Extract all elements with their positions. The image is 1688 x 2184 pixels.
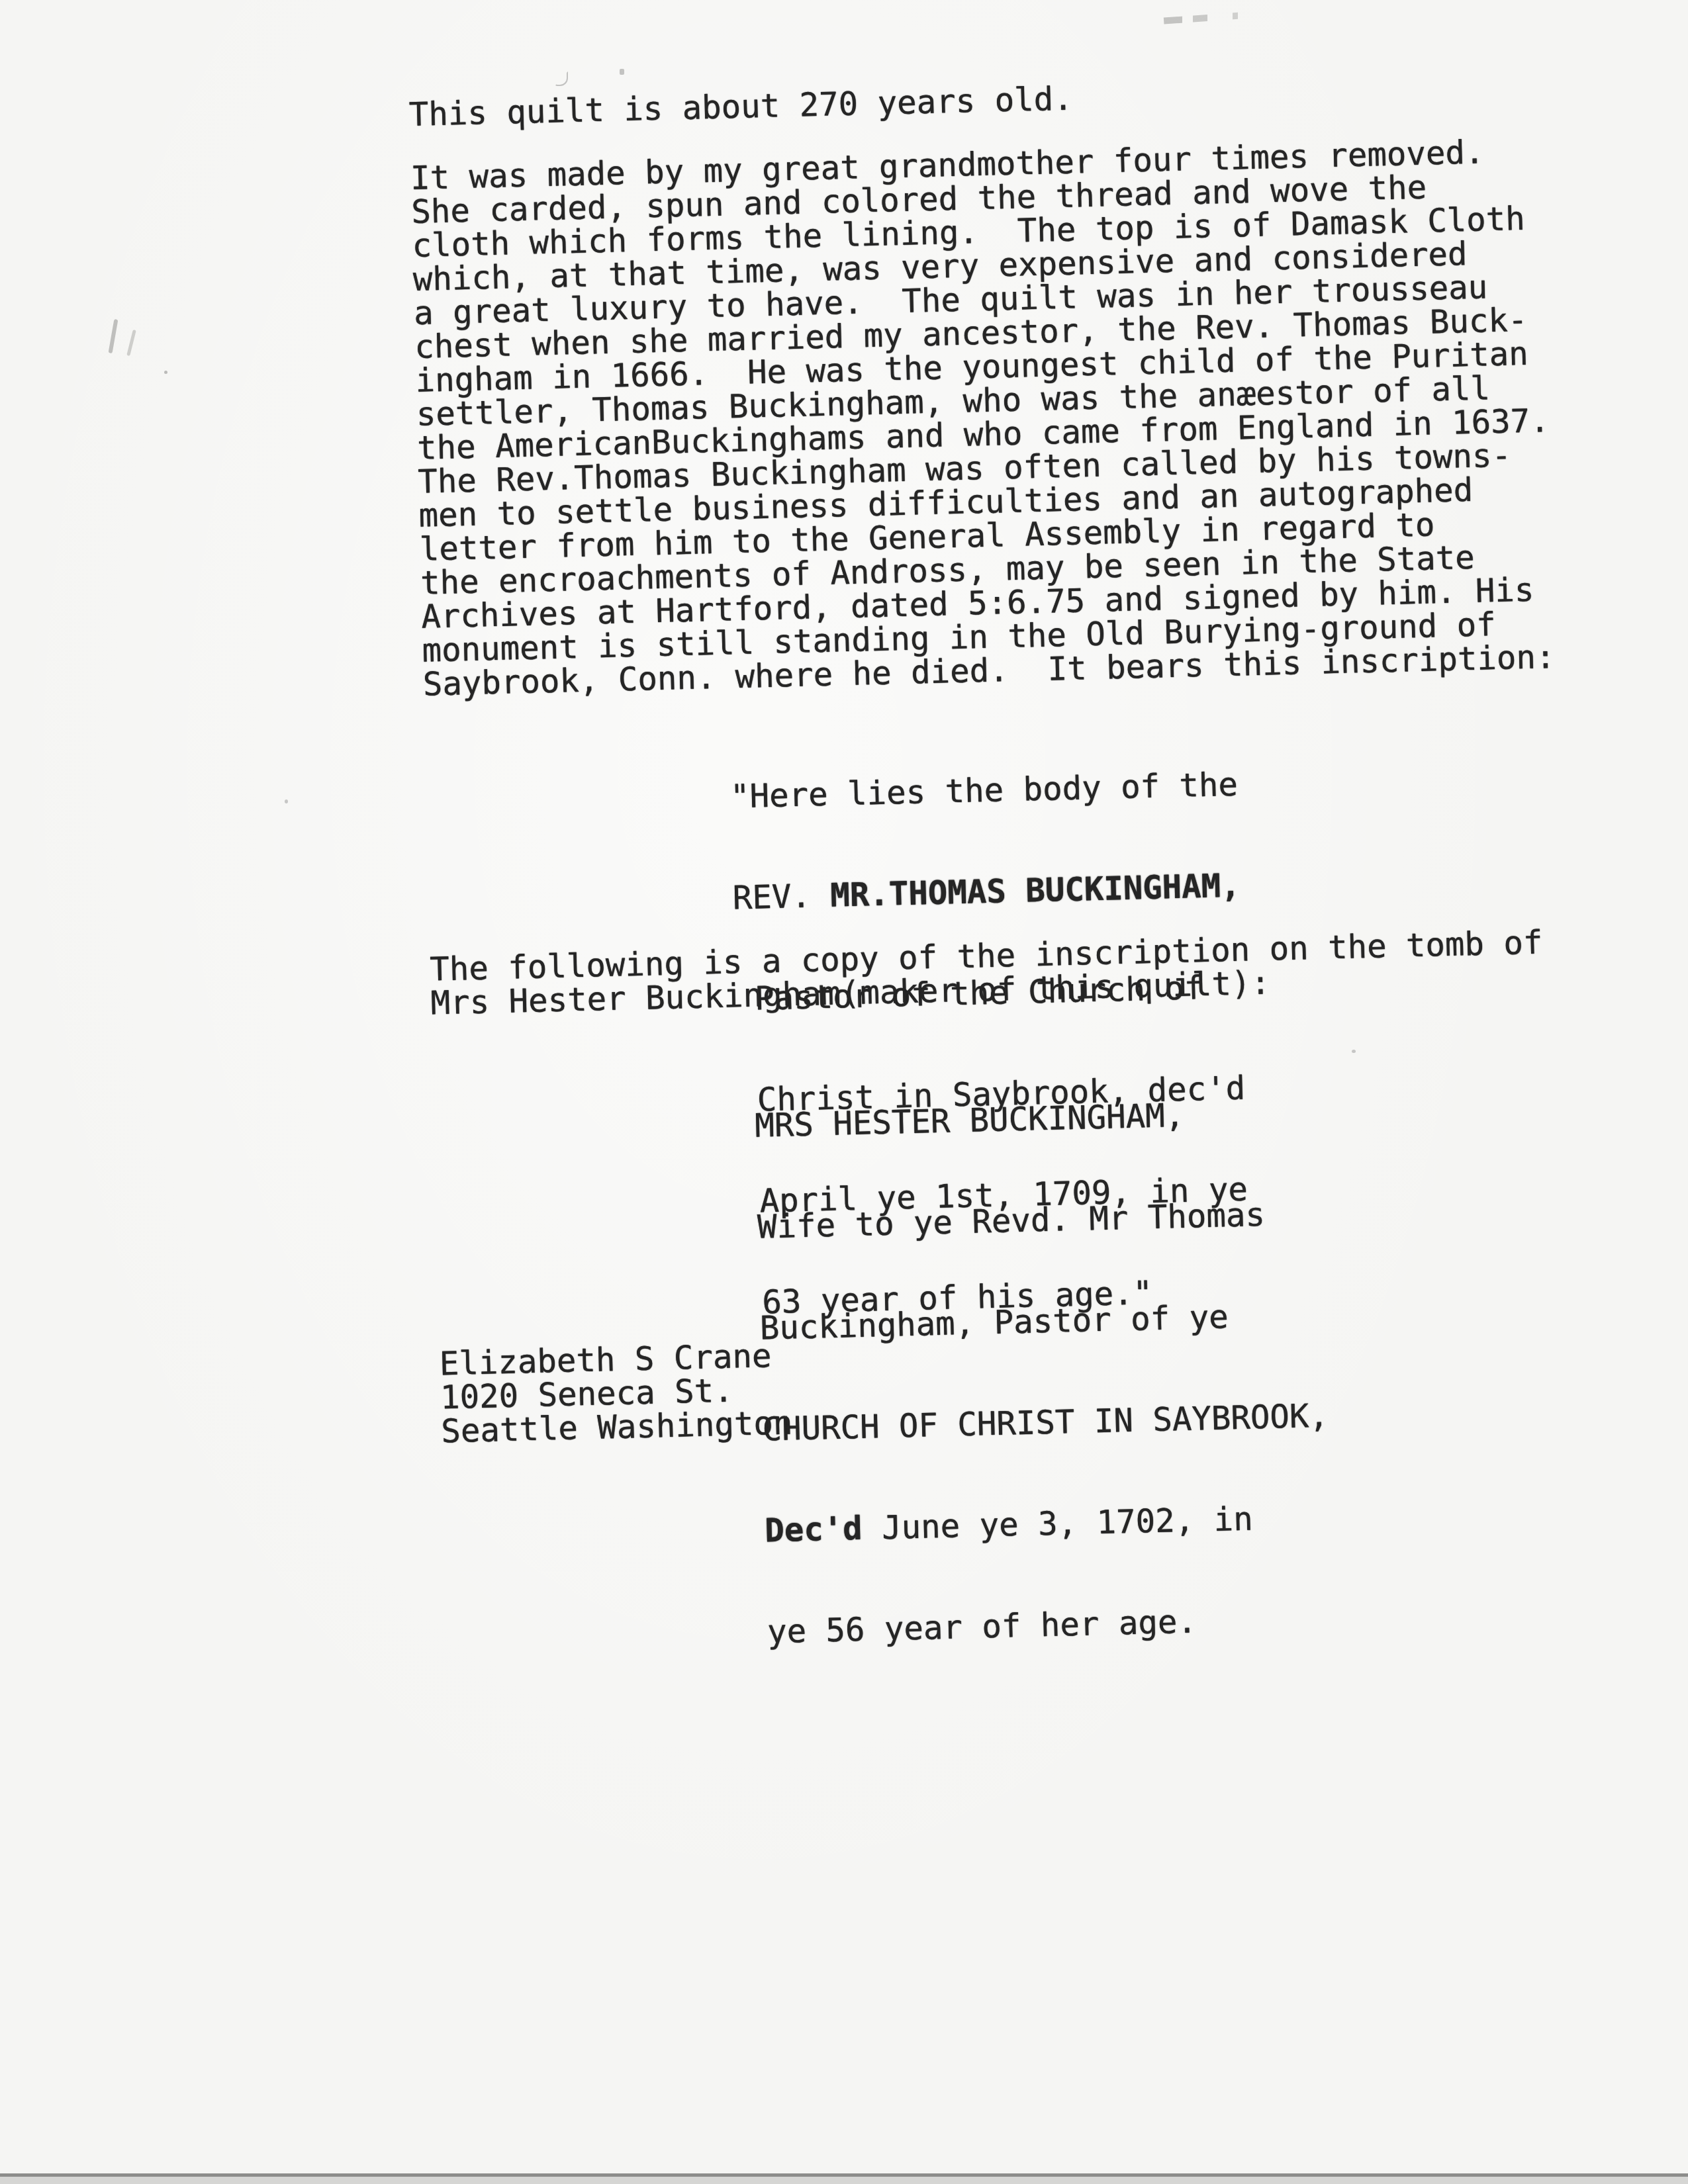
ink-speck	[555, 71, 568, 86]
scanned-letter-page: This quilt is about 270 years old. It wa…	[0, 0, 1688, 2184]
inscription-line: Wife to ye Revd. Mr Thomas	[757, 1197, 1324, 1244]
signature-block: Elizabeth S Crane 1020 Seneca St. Seattl…	[439, 1338, 793, 1448]
inscription-line: "Here lies the body of the	[730, 768, 1239, 814]
inscription-line-segment-bold: MR.THOMAS BUCKINGHAM,	[830, 867, 1241, 915]
transition-paragraph: The following is a copy of the inscripti…	[430, 926, 1544, 1021]
ink-speck	[164, 371, 167, 374]
pencil-mark	[126, 330, 136, 356]
typed-text-area: This quilt is about 270 years old. It wa…	[408, 64, 1634, 1482]
inscription-line-segment-bold: Dec'd	[765, 1510, 863, 1550]
ink-speck	[285, 799, 288, 803]
inscription-line: MRS HESTER BUCKINGHAM,	[755, 1095, 1322, 1143]
scanner-edge-band	[0, 2177, 1688, 2184]
hester-tomb-inscription: MRS HESTER BUCKINGHAM, Wife to ye Revd. …	[753, 1028, 1335, 1717]
inscription-line: ye 56 year of her age.	[767, 1602, 1334, 1649]
inscription-line: Dec'd June ye 3, 1702, in	[765, 1500, 1332, 1548]
opening-line: This quilt is about 270 years old.	[408, 81, 1073, 131]
pencil-mark	[109, 319, 118, 353]
ink-speck	[620, 69, 624, 75]
smudge-mark	[1164, 11, 1250, 24]
main-paragraph: It was made by my great grandmother four…	[410, 134, 1556, 702]
inscription-line: CHURCH OF CHRIST IN SAYBROOK,	[762, 1399, 1329, 1447]
inscription-line: REV. MR.THOMAS BUCKINGHAM,	[732, 869, 1241, 915]
inscription-line-segment: June ye 3, 1702, in	[862, 1500, 1253, 1547]
inscription-line: Buckingham, Pastor of ye	[759, 1298, 1327, 1345]
inscription-line-segment: REV.	[732, 877, 831, 917]
